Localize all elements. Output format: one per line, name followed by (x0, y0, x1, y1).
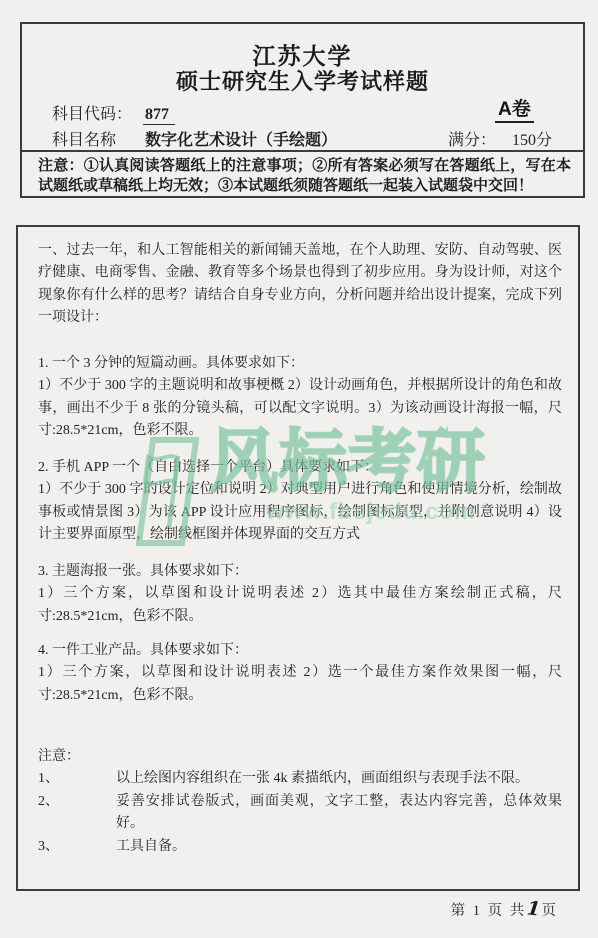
note-2-number: 2、 (38, 791, 116, 836)
full-score-row: 满分：150分 (448, 127, 558, 150)
footer-page-word: 页 (488, 903, 505, 919)
notes-block: 注意： 1、 以上绘图内容组织在一张 4k 素描纸内，画面组织与表现手法不限。 … (38, 746, 562, 858)
full-score-value: 150分 (510, 132, 558, 151)
full-score-label: 满分： (448, 127, 496, 150)
footer-total-prefix: 共 (510, 903, 527, 919)
task-4-industrial-product: 4. 一件工业产品。具体要求如下： 1）三个方案，以草图和设计说明表述 2）选一… (38, 640, 562, 707)
subject-name-value: 数字化艺术设计（手绘题） (143, 132, 343, 151)
task-2-detail: 1）不少于 300 字的设计定位和说明 2）对典型用户进行角色和使用情境分析，绘… (38, 479, 562, 546)
task-3-detail: 1）三个方案，以草图和设计说明表述 2）选其中最佳方案绘制正式稿，尺寸:28.5… (38, 583, 562, 628)
task-1-animation: 1. 一个 3 分钟的短篇动画。具体要求如下： 1）不少于 300 字的主题说明… (38, 353, 562, 443)
paper-version-badge: A卷 (495, 94, 534, 123)
header-divider (20, 150, 585, 152)
subject-code-label: 科目代码： (52, 101, 143, 124)
exam-paper-page: 江苏大学 硕士研究生入学考试样题 科目代码：877 A卷 科目名称数字化艺术设计… (0, 0, 598, 938)
footer-page-number: 1 (473, 903, 482, 919)
exam-notice: 注意：①认真阅读答题纸上的注意事项；②所有答案必须写在答题纸上，写在本试题纸或草… (38, 156, 571, 195)
task-2-title: 2. 手机 APP 一个（自由选择一个平台）具体要求如下： (38, 457, 562, 479)
subject-name-label: 科目名称 (52, 127, 143, 150)
note-3-text: 工具自备。 (116, 836, 562, 858)
task-1-title: 1. 一个 3 分钟的短篇动画。具体要求如下： (38, 353, 562, 375)
note-2-text: 妥善安排试卷版式，画面美观，文字工整，表达内容完善，总体效果好。 (116, 791, 562, 836)
footer-page-prefix: 第 (451, 903, 468, 919)
footer-total-number-handwritten: 1 (526, 897, 541, 920)
note-1-number: 1、 (38, 768, 116, 790)
subject-code-row: 科目代码：877 (52, 101, 175, 124)
notes-label: 注意： (38, 746, 562, 768)
task-4-detail: 1）三个方案，以草图和设计说明表述 2）选一个最佳方案作效果图一幅，尺寸:28.… (38, 662, 562, 707)
note-1-text: 以上绘图内容组织在一张 4k 素描纸内，画面组织与表现手法不限。 (116, 768, 562, 790)
question-intro: 一、过去一年，和人工智能相关的新闻铺天盖地，在个人助理、安防、自动驾驶、医疗健康… (38, 240, 562, 330)
exam-header-box: 江苏大学 硕士研究生入学考试样题 科目代码：877 A卷 科目名称数字化艺术设计… (20, 22, 585, 198)
task-4-title: 4. 一件工业产品。具体要求如下： (38, 640, 562, 662)
page-footer: 第 1 页 共1页 (451, 898, 558, 920)
footer-total-word: 页 (542, 903, 559, 919)
question-area-box: 一、过去一年，和人工智能相关的新闻铺天盖地，在个人助理、安防、自动驾驶、医疗健康… (16, 225, 580, 891)
subject-name-row: 科目名称数字化艺术设计（手绘题） (52, 127, 343, 150)
note-item: 1、 以上绘图内容组织在一张 4k 素描纸内，画面组织与表现手法不限。 (38, 768, 562, 790)
note-item: 3、 工具自备。 (38, 836, 562, 858)
note-item: 2、 妥善安排试卷版式，画面美观，文字工整，表达内容完善，总体效果好。 (38, 791, 562, 836)
note-3-number: 3、 (38, 836, 116, 858)
task-1-detail: 1）不少于 300 字的主题说明和故事梗概 2）设计动画角色，并根据所设计的角色… (38, 375, 562, 442)
exam-title: 硕士研究生入学考试样题 (22, 65, 583, 96)
task-3-poster: 3. 主题海报一张。具体要求如下： 1）三个方案，以草图和设计说明表述 2）选其… (38, 561, 562, 628)
intro-paragraph: 一、过去一年，和人工智能相关的新闻铺天盖地，在个人助理、安防、自动驾驶、医疗健康… (38, 240, 562, 330)
task-3-title: 3. 主题海报一张。具体要求如下： (38, 561, 562, 583)
subject-code-value: 877 (143, 106, 175, 125)
task-2-mobile-app: 2. 手机 APP 一个（自由选择一个平台）具体要求如下： 1）不少于 300 … (38, 457, 562, 547)
